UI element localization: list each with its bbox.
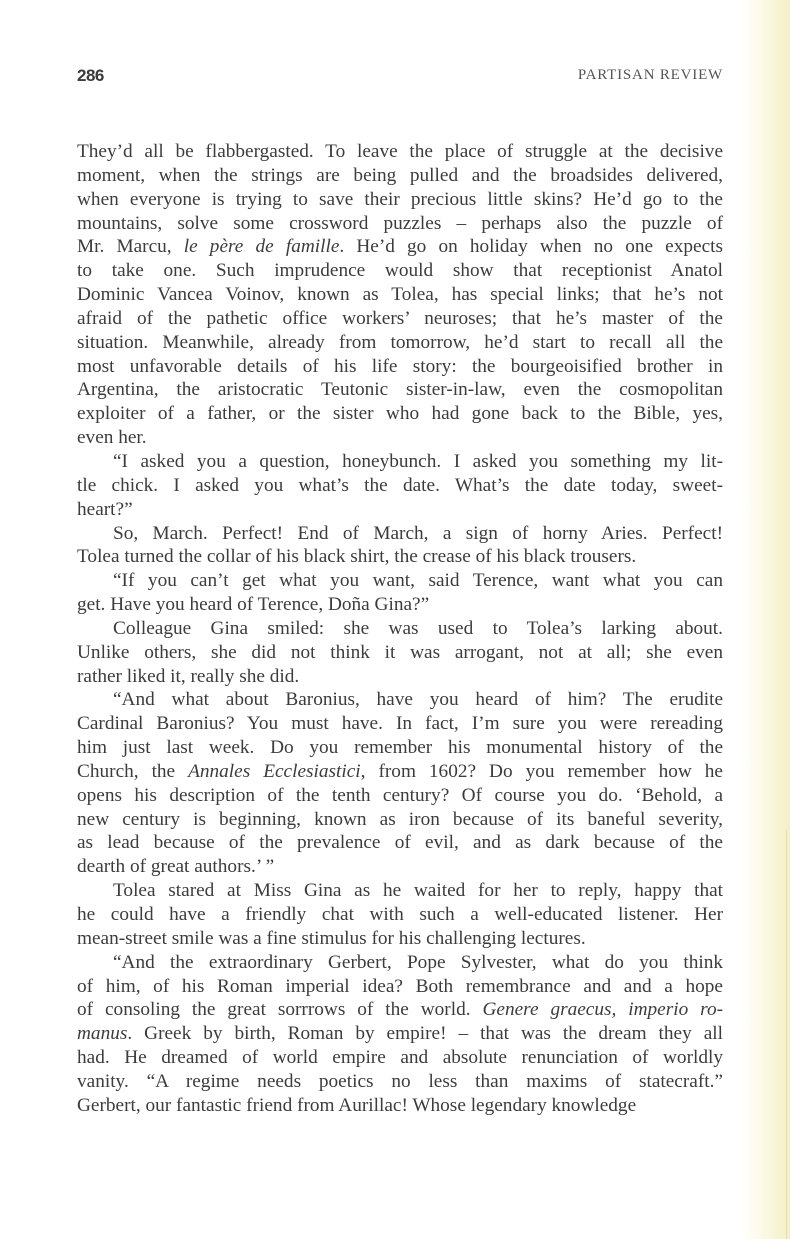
text-run: situation. Meanwhile, already from tomor…	[77, 332, 723, 353]
text-line: as lead because of the prevalence of evi…	[77, 831, 723, 855]
text-run: Dominic Vancea Voinov, known as Tolea, h…	[77, 284, 723, 305]
text-line: had. He dreamed of world empire and abso…	[77, 1046, 723, 1070]
text-line: “If you can’t get what you want, said Te…	[77, 569, 723, 593]
text-line: him just last week. Do you remember his …	[77, 736, 723, 760]
text-run: of consoling the great sorrrows of the w…	[77, 999, 482, 1020]
text-line: They’d all be flabbergasted. To leave th…	[77, 140, 723, 164]
text-line: Unlike others, she did not think it was …	[77, 641, 723, 665]
text-run: Church, the	[77, 761, 188, 782]
text-run: dearth of great authors.’ ”	[77, 856, 274, 877]
text-line: mountains, solve some crossword puzzles …	[77, 212, 723, 236]
text-run: tle chick. I asked you what’s the date. …	[77, 475, 723, 496]
text-run: when everyone is trying to save their pr…	[77, 189, 723, 210]
text-run: had. He dreamed of world empire and abso…	[77, 1047, 723, 1068]
paragraph: Tolea stared at Miss Gina as he waited f…	[77, 879, 723, 951]
text-run: So, March. Perfect! End of March, a sign…	[113, 523, 723, 544]
text-run: mean-street smile was a fine stimulus fo…	[77, 928, 586, 949]
text-line: situation. Meanwhile, already from tomor…	[77, 331, 723, 355]
text-line: Cardinal Baronius? You must have. In fac…	[77, 712, 723, 736]
text-run: . He’d go on holiday when no one expects	[339, 236, 723, 257]
text-run: . Greek by birth, Roman by empire! – tha…	[127, 1023, 723, 1044]
text-line: dearth of great authors.’ ”	[77, 855, 723, 879]
text-run: get. Have you heard of Terence, Doña Gin…	[77, 594, 429, 615]
text-line: to take one. Such imprudence would show …	[77, 259, 723, 283]
text-run: Gerbert, our fantastic friend from Auril…	[77, 1095, 636, 1116]
text-run: to take one. Such imprudence would show …	[77, 260, 723, 281]
text-line: Tolea turned the collar of his black shi…	[77, 545, 723, 569]
paragraph: They’d all be flabbergasted. To leave th…	[77, 140, 723, 450]
text-line: Gerbert, our fantastic friend from Auril…	[77, 1094, 723, 1118]
text-line: moment, when the strings are being pulle…	[77, 164, 723, 188]
text-line: Mr. Marcu, le père de famille. He’d go o…	[77, 235, 723, 259]
text-line: rather liked it, really she did.	[77, 665, 723, 689]
text-run: him just last week. Do you remember his …	[77, 737, 723, 758]
text-run: as lead because of the prevalence of evi…	[77, 832, 723, 853]
text-line: Argentina, the aristocratic Teutonic sis…	[77, 378, 723, 402]
text-line: So, March. Perfect! End of March, a sign…	[77, 522, 723, 546]
text-line: tle chick. I asked you what’s the date. …	[77, 474, 723, 498]
text-line: “And the extraordinary Gerbert, Pope Syl…	[77, 951, 723, 975]
text-run: moment, when the strings are being pulle…	[77, 165, 723, 186]
text-run: Colleague Gina smiled: she was used to T…	[113, 618, 723, 639]
text-line: get. Have you heard of Terence, Doña Gin…	[77, 593, 723, 617]
page-edge-marks	[786, 830, 790, 1239]
paragraph: So, March. Perfect! End of March, a sign…	[77, 522, 723, 570]
text-run: Cardinal Baronius? You must have. In fac…	[77, 713, 723, 734]
text-line: Dominic Vancea Voinov, known as Tolea, h…	[77, 283, 723, 307]
paragraph: Colleague Gina smiled: she was used to T…	[77, 617, 723, 689]
italic-phrase: Annales Ecclesiastici	[188, 761, 361, 782]
text-line: of consoling the great sorrrows of the w…	[77, 998, 723, 1022]
text-run: Unlike others, she did not think it was …	[77, 642, 723, 663]
text-line: Tolea stared at Miss Gina as he waited f…	[77, 879, 723, 903]
text-run: heart?”	[77, 499, 133, 520]
text-run: exploiter of a father, or the sister who…	[77, 403, 723, 424]
text-line: vanity. “A regime needs poetics no less …	[77, 1070, 723, 1094]
text-run: vanity. “A regime needs poetics no less …	[77, 1071, 723, 1092]
text-line: Colleague Gina smiled: she was used to T…	[77, 617, 723, 641]
text-run: Mr. Marcu,	[77, 236, 184, 257]
text-run: opens his description of the tenth centu…	[77, 785, 723, 806]
text-run: “And the extraordinary Gerbert, Pope Syl…	[113, 952, 723, 973]
text-line: afraid of the pathetic office workers’ n…	[77, 307, 723, 331]
body-text: They’d all be flabbergasted. To leave th…	[77, 140, 723, 1118]
italic-phrase: le père de famille	[184, 236, 340, 257]
paragraph: “I asked you a question, honeybunch. I a…	[77, 450, 723, 522]
italic-phrase: manus	[77, 1023, 127, 1044]
text-line: “I asked you a question, honeybunch. I a…	[77, 450, 723, 474]
text-run: even her.	[77, 427, 147, 448]
text-line: mean-street smile was a fine stimulus fo…	[77, 927, 723, 951]
text-run: he could have a friendly chat with such …	[77, 904, 723, 925]
page-edge-shadow	[742, 0, 790, 1239]
text-run: “And what about Baronius, have you heard…	[113, 689, 723, 710]
text-line: when everyone is trying to save their pr…	[77, 188, 723, 212]
text-run: Tolea stared at Miss Gina as he waited f…	[113, 880, 723, 901]
page-number: 286	[77, 66, 104, 86]
text-line: of him, of his Roman imperial idea? Both…	[77, 975, 723, 999]
paragraph: “And what about Baronius, have you heard…	[77, 688, 723, 879]
text-line: Church, the Annales Ecclesiastici, from …	[77, 760, 723, 784]
text-run: , from 1602? Do you remember how he	[361, 761, 723, 782]
text-run: “I asked you a question, honeybunch. I a…	[113, 451, 723, 472]
paragraph: “If you can’t get what you want, said Te…	[77, 569, 723, 617]
text-line: heart?”	[77, 498, 723, 522]
text-line: exploiter of a father, or the sister who…	[77, 402, 723, 426]
page-header: 286 PARTISAN REVIEW	[77, 64, 723, 92]
text-run: of him, of his Roman imperial idea? Both…	[77, 976, 723, 997]
text-line: “And what about Baronius, have you heard…	[77, 688, 723, 712]
text-run: Argentina, the aristocratic Teutonic sis…	[77, 379, 723, 400]
text-run: Tolea turned the collar of his black shi…	[77, 546, 636, 567]
text-run: They’d all be flabbergasted. To leave th…	[77, 141, 723, 162]
running-head: PARTISAN REVIEW	[578, 67, 723, 84]
text-run: most unfavorable details of his life sto…	[77, 356, 723, 377]
text-run: rather liked it, really she did.	[77, 666, 299, 687]
paragraph: “And the extraordinary Gerbert, Pope Syl…	[77, 951, 723, 1118]
text-run: mountains, solve some crossword puzzles …	[77, 213, 723, 234]
text-line: he could have a friendly chat with such …	[77, 903, 723, 927]
text-line: opens his description of the tenth centu…	[77, 784, 723, 808]
text-line: new century is beginning, known as iron …	[77, 808, 723, 832]
text-line: even her.	[77, 426, 723, 450]
italic-phrase: Genere graecus, imperio ro-	[482, 999, 723, 1020]
text-line: manus. Greek by birth, Roman by empire! …	[77, 1022, 723, 1046]
text-run: afraid of the pathetic office workers’ n…	[77, 308, 723, 329]
text-run: new century is beginning, known as iron …	[77, 809, 723, 830]
text-run: “If you can’t get what you want, said Te…	[113, 570, 723, 591]
text-line: most unfavorable details of his life sto…	[77, 355, 723, 379]
